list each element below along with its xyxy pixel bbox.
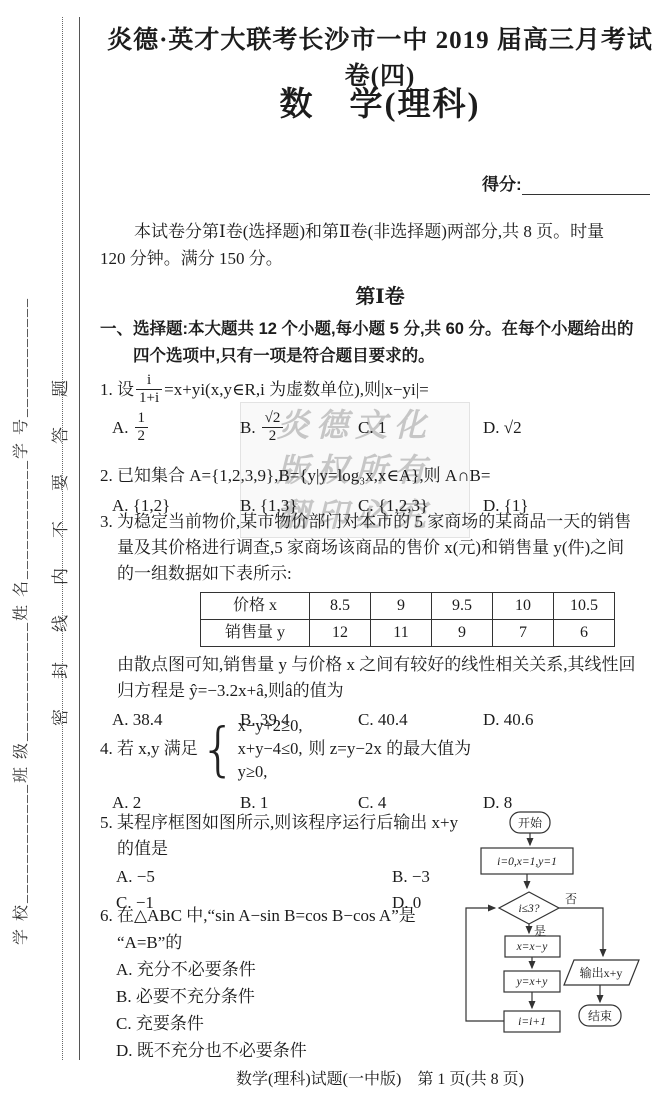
question-1-prefix: 1. 设 xyxy=(100,376,134,403)
question-1-options: A. 1 2 B. √2 2 C. 1 D. √2 xyxy=(100,410,660,445)
seal-warning-text: 密封线内不要答题 xyxy=(46,306,71,726)
question-3-stem-line: 的一组数据如下表所示: xyxy=(100,561,660,587)
question-6-options: A. 充分不必要条件 B. 必要不充分条件 C. 充要条件 D. 既不充分也不必… xyxy=(100,956,480,1064)
option-d: D. 既不充分也不必要条件 xyxy=(100,1037,480,1064)
subject-title: 数 学(理科) xyxy=(100,78,660,125)
step1-label: x=x−y xyxy=(516,941,549,953)
score-blank-line xyxy=(522,177,650,195)
constraint-line: x+y−4≤0, xyxy=(238,737,303,760)
question-6-stem-line: 6. 在△ABC 中,“sin A−sin B=cos B−cos A”是 xyxy=(100,902,480,929)
question-6-stem-line: “A=B”的 xyxy=(100,929,480,956)
question-6: 6. 在△ABC 中,“sin A−sin B=cos B−cos A”是 “A… xyxy=(100,902,480,1064)
question-1-stem: 1. 设 i 1+i =x+yi(x,y∈R,i 为虚数单位),则|x−yi|= xyxy=(100,372,660,407)
option-a: A. 充分不必要条件 xyxy=(100,956,480,983)
question-4-stem: 4. 若 x,y 满足 { x−y+2≥0, x+y−4≤0, y≥0, 则 z… xyxy=(100,714,660,783)
margin-solid-line xyxy=(79,17,80,1060)
question-1: 1. 设 i 1+i =x+yi(x,y∈R,i 为虚数单位),则|x−yi|=… xyxy=(100,372,660,445)
program-flowchart: 开始 i=0,x=1,y=1 i≤3? 否 是 x=x−y y=x+y i=i+… xyxy=(458,806,660,1046)
question-5: 5. 某程序框图如图所示,则该程序运行后输出 x+y 的值是 A. −5 B. … xyxy=(100,810,470,916)
intro-line: 本试卷分第Ⅰ卷(选择题)和第Ⅱ卷(非选择题)两部分,共 8 页。时量 xyxy=(100,218,660,245)
question-3-followup-line: 归方程是 ŷ=−3.2x+â,则â的值为 xyxy=(100,678,660,704)
question-2-stem: 2. 已知集合 A={1,2,3,9},B={y|y=log₃x,x∈A},则 … xyxy=(100,462,660,489)
end-label: 结束 xyxy=(588,1008,612,1023)
student-info-fields: 学 校____________班 级____________姓 名_______… xyxy=(8,45,31,945)
score-line: 得分: xyxy=(482,170,650,195)
fraction: √2 2 xyxy=(262,410,284,445)
option-b: B. √2 2 xyxy=(240,410,358,445)
question-4: 4. 若 x,y 满足 { x−y+2≥0, x+y−4≤0, y≥0, 则 z… xyxy=(100,714,660,816)
constraint-line: y≥0, xyxy=(238,760,303,783)
option-c: C. 1 xyxy=(358,414,483,441)
table-row: 销售量 y 12 11 9 7 6 xyxy=(201,620,615,647)
section-heading-line: 一、选择题:本大题共 12 个小题,每小题 5 分,共 60 分。在每个小题给出… xyxy=(100,316,662,343)
option-d: D. √2 xyxy=(483,414,660,441)
step3-label: i=i+1 xyxy=(518,1016,546,1028)
page-footer: 数学(理科)试题(一中版) 第 1 页(共 8 页) xyxy=(100,1066,660,1089)
option-a: A. 1 2 xyxy=(112,410,240,445)
no-branch-wire xyxy=(559,908,603,956)
question-1-suffix: =x+yi(x,y∈R,i 为虚数单位),则|x−yi|= xyxy=(164,376,429,403)
step2-label: y=x+y xyxy=(516,976,549,988)
question-3-followup-line: 由散点图可知,销售量 y 与价格 x 之间有较好的线性相关关系,其线性回 xyxy=(100,652,660,678)
fraction: i 1+i xyxy=(136,372,162,407)
left-brace: { xyxy=(200,716,237,782)
init-label: i=0,x=1,y=1 xyxy=(497,856,557,868)
fraction: 1 2 xyxy=(135,410,149,445)
constraint-line: x−y+2≥0, xyxy=(238,714,303,737)
condition-label: i≤3? xyxy=(518,903,539,915)
option-b: B. 必要不充分条件 xyxy=(100,983,480,1010)
intro-line: 120 分钟。满分 150 分。 xyxy=(100,245,660,272)
no-branch-label: 否 xyxy=(565,892,577,906)
option-a: A. −5 xyxy=(116,864,392,890)
score-label: 得分: xyxy=(482,175,522,194)
question-3-stem-line: 3. 为稳定当前物价,某市物价部门对本市的 5 家商场的某商品一天的销售 xyxy=(100,509,660,535)
exam-page: 学 校____________班 级____________姓 名_______… xyxy=(0,0,668,1113)
question-5-stem-line: 的值是 xyxy=(100,836,470,862)
volume-title: 第Ⅰ卷 xyxy=(100,280,660,309)
question-5-stem-line: 5. 某程序框图如图所示,则该程序运行后输出 x+y xyxy=(100,810,470,836)
question-4-prefix: 4. 若 x,y 满足 xyxy=(100,735,198,762)
section-heading-line: 四个选项中,只有一项是符合题目要求的。 xyxy=(100,343,662,370)
table-row: 价格 x 8.5 9 9.5 10 10.5 xyxy=(201,593,615,620)
output-label: 输出x+y xyxy=(580,965,623,980)
question-3-stem-line: 量及其价格进行调查,5 家商场该商品的售价 x(元)和销售量 y(件)之间 xyxy=(100,535,660,561)
question-4-tail: 则 z=y−2x 的最大值为 xyxy=(308,735,471,762)
section-1-heading: 一、选择题:本大题共 12 个小题,每小题 5 分,共 60 分。在每个小题给出… xyxy=(100,316,662,370)
exam-intro: 本试卷分第Ⅰ卷(选择题)和第Ⅱ卷(非选择题)两部分,共 8 页。时量 120 分… xyxy=(100,218,660,272)
loop-wire xyxy=(466,908,504,1021)
price-sales-table: 价格 x 8.5 9 9.5 10 10.5 销售量 y 12 11 9 7 6 xyxy=(200,592,615,647)
constraint-system: x−y+2≥0, x+y−4≤0, y≥0, xyxy=(238,714,303,783)
question-3: 3. 为稳定当前物价,某市物价部门对本市的 5 家商场的某商品一天的销售 量及其… xyxy=(100,509,660,733)
start-label: 开始 xyxy=(518,815,543,830)
option-c: C. 充要条件 xyxy=(100,1010,480,1037)
